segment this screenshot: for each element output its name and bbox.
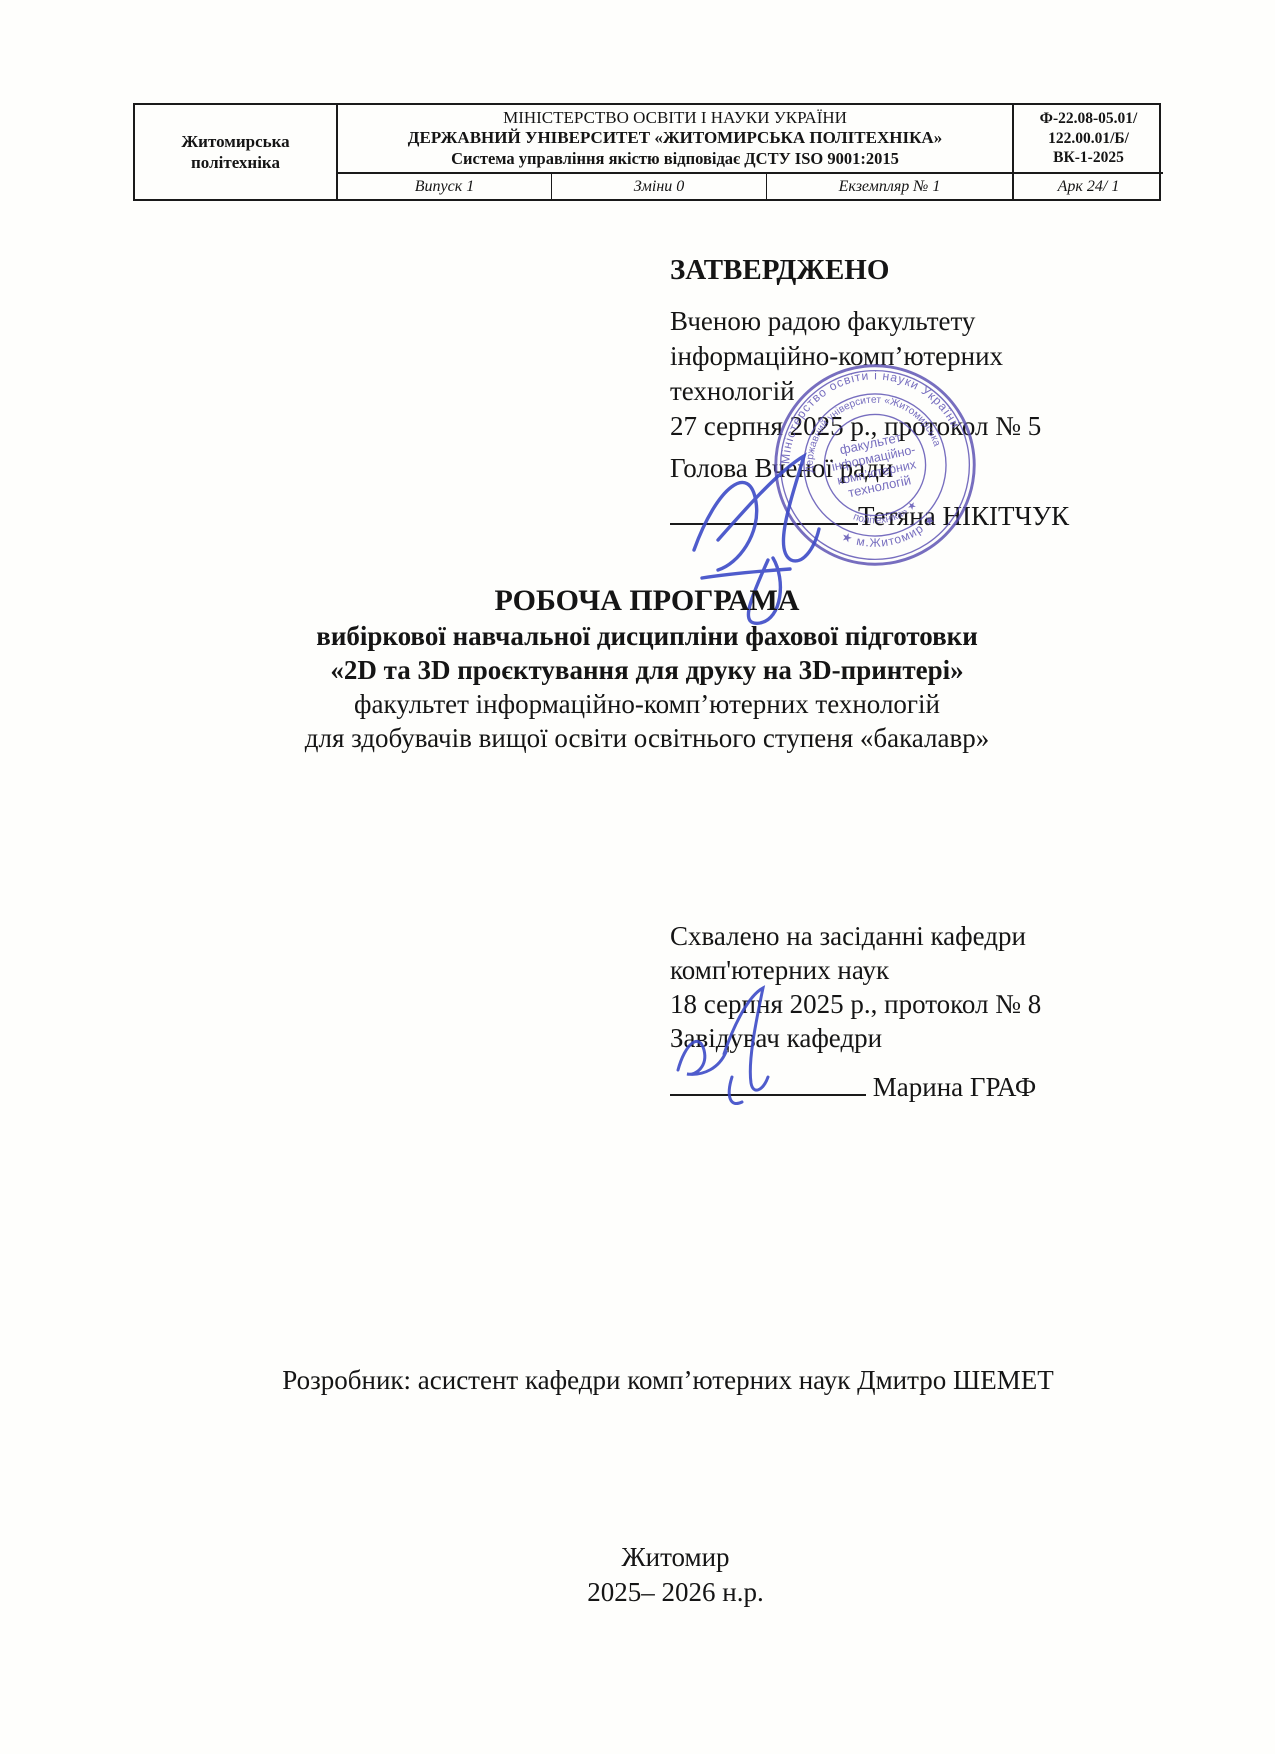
quality-system-line: Система управління якістю відповідає ДСТ… [451,149,899,169]
issue-cell: Випуск 1 [338,172,552,199]
org-name-line2: політехніка [191,152,280,173]
ministry-line: МІНІСТЕРСТВО ОСВІТИ І НАУКИ УКРАЇНИ [503,108,847,129]
document-subtitle-4: для здобувачів вищої освіти освітнього с… [133,721,1161,755]
dept-line-1: Схвалено на засіданні кафедри [670,919,1041,953]
footer-academic-year: 2025– 2026 н.р. [133,1575,1218,1610]
sheet-cell: Арк 24/ 1 [1014,172,1163,199]
document-page: Житомирська політехніка МІНІСТЕРСТВО ОСВ… [0,0,1275,1754]
changes-cell: Зміни 0 [552,172,767,199]
document-subtitle-2: «2D та 3D проєктування для друку на 3D-п… [133,653,1161,687]
ministry-cell: МІНІСТЕРСТВО ОСВІТИ І НАУКИ УКРАЇНИ ДЕРЖ… [338,105,1014,172]
footer-block: Житомир 2025– 2026 н.р. [133,1540,1218,1610]
approval-line-1: Вченою радою факультету [670,304,1069,339]
header-table: Житомирська політехніка МІНІСТЕРСТВО ОСВ… [133,103,1161,201]
university-line: ДЕРЖАВНИЙ УНІВЕРСИТЕТ «ЖИТОМИРСЬКА ПОЛІТ… [408,128,942,149]
document-subtitle-3: факультет інформаційно-комп’ютерних техн… [133,687,1161,721]
org-logo-cell: Житомирська політехніка [135,105,338,199]
title-block: РОБОЧА ПРОГРАМА вибіркової навчальної ди… [133,583,1161,755]
approved-heading: ЗАТВЕРДЖЕНО [670,254,1069,287]
footer-city: Житомир [133,1540,1218,1575]
document-subtitle-1: вибіркової навчальної дисципліни фахової… [133,619,1161,653]
org-name-line1: Житомирська [181,131,289,152]
doc-code-line2: 122.00.01/Б/ [1048,129,1129,148]
doc-code-line3: ВК-1-2025 [1053,148,1124,167]
head-name: Марина ГРАФ [873,1072,1036,1102]
doc-code-line1: Ф-22.08-05.01/ [1040,109,1138,128]
document-title: РОБОЧА ПРОГРАМА [133,583,1161,619]
developer-line: Розробник: асистент кафедри комп’ютерних… [133,1363,1203,1397]
head-handwritten-signature [662,982,832,1117]
copy-cell: Екземпляр № 1 [767,172,1014,199]
doc-code-cell: Ф-22.08-05.01/ 122.00.01/Б/ ВК-1-2025 [1014,105,1163,172]
